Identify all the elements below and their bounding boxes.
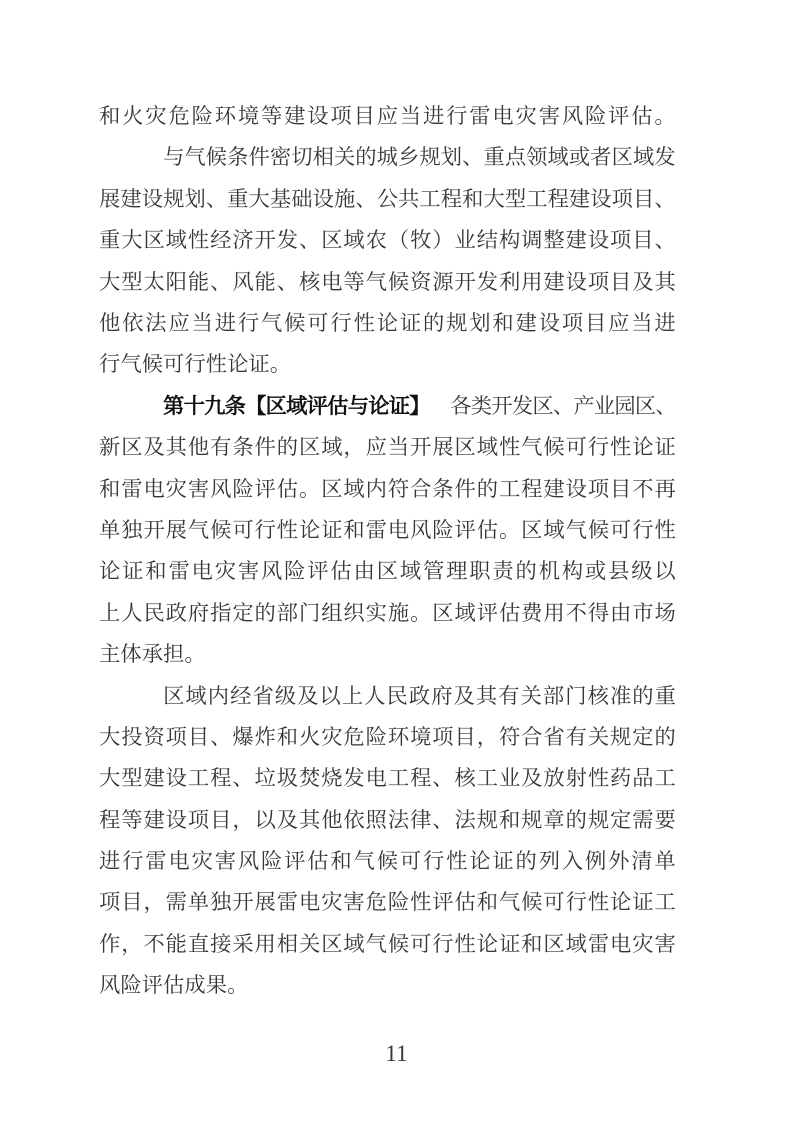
character: 、	[355, 189, 376, 210]
character: 论	[632, 437, 653, 458]
character: 结	[477, 230, 498, 251]
character: 工	[388, 768, 409, 789]
character: 或	[585, 561, 606, 582]
character: 展	[432, 437, 453, 458]
character: 职	[469, 561, 490, 582]
character: 大	[483, 189, 504, 210]
character: 以	[255, 810, 276, 831]
bold-character: 区	[266, 396, 287, 417]
character: 主	[99, 644, 120, 665]
character: 和	[499, 810, 520, 831]
character: 政	[166, 603, 187, 624]
character: 评	[142, 975, 163, 996]
character: 的	[516, 851, 537, 872]
character: 设	[166, 810, 187, 831]
character: 区	[432, 603, 453, 624]
character: 乡	[398, 147, 419, 168]
character: 项	[612, 189, 633, 210]
character: 论	[610, 892, 631, 913]
character: 区	[163, 686, 184, 707]
character: 能	[166, 934, 187, 955]
character: 定	[232, 603, 253, 624]
character: 气	[366, 934, 387, 955]
character: 行	[255, 520, 276, 541]
character: 域	[633, 147, 654, 168]
character: 设	[588, 230, 609, 251]
character: 直	[188, 934, 209, 955]
character: 开	[491, 396, 512, 417]
document-body: 和火灾危险环境等建设项目应当进行雷电灾害风险评估。与气候条件密切相关的城乡规划、…	[99, 96, 676, 1007]
character: 气	[184, 147, 205, 168]
character: 气	[120, 354, 141, 375]
character: 评	[477, 603, 498, 624]
character: 公	[377, 189, 398, 210]
character: 的	[654, 727, 675, 748]
text-line: 上人民政府指定的部门组织实施。区域评估费用不得由市场	[99, 593, 676, 634]
character: 上	[342, 686, 363, 707]
character: 、	[432, 810, 453, 831]
character: 新	[99, 437, 120, 458]
character: 定	[632, 727, 653, 748]
character: 大	[99, 768, 120, 789]
character: 可	[400, 851, 421, 872]
character: 体	[120, 644, 141, 665]
character: 证	[654, 437, 675, 458]
character: 证	[321, 520, 342, 541]
character: 境	[238, 106, 259, 127]
character: 域	[343, 230, 364, 251]
character: 能	[255, 272, 276, 293]
character: 内	[208, 686, 229, 707]
text-line: 项目，需单独开展雷电灾害危险性评估和气候可行性论证工	[99, 882, 676, 923]
character: ，	[232, 810, 253, 831]
character: 和	[330, 851, 351, 872]
text-line: 区域内经省级及以上人民政府及其有关部门核准的重	[99, 675, 676, 716]
character: 、	[206, 189, 227, 210]
character: 证	[400, 313, 421, 334]
character: 目	[610, 479, 631, 500]
character: 济	[232, 230, 253, 251]
character: 行	[184, 354, 205, 375]
character: 得	[588, 603, 609, 624]
character: 场	[654, 603, 675, 624]
character: 灾	[516, 106, 537, 127]
character: 雷	[469, 106, 490, 127]
character: 当	[192, 313, 213, 334]
character: 开	[143, 520, 164, 541]
character: 论	[469, 851, 490, 872]
character: 域	[477, 437, 498, 458]
character: 建	[284, 106, 305, 127]
character: 和	[145, 561, 166, 582]
character: 、	[432, 768, 453, 789]
character: 及	[632, 272, 653, 293]
character: 人	[364, 686, 385, 707]
character: 候	[142, 354, 163, 375]
character: 及	[143, 437, 164, 458]
text-line: 论证和雷电灾害风险评估由区域管理职责的机构或县级以	[99, 551, 676, 592]
character: 应	[608, 313, 629, 334]
character: 以	[654, 561, 675, 582]
character: 设	[590, 189, 611, 210]
character: 发	[512, 396, 533, 417]
text-line: 他依法应当进行气候可行性论证的规划和建设项目应当进	[99, 303, 676, 344]
character: 性	[610, 437, 631, 458]
character: 风	[210, 479, 231, 500]
text-line: 与气候条件密切相关的城乡规划、重点领域或者区域发	[99, 137, 676, 178]
character: 工	[477, 768, 498, 789]
character: 可	[566, 437, 587, 458]
character: 及	[454, 686, 475, 707]
character: 和	[99, 479, 120, 500]
character: 环	[215, 106, 236, 127]
character: 电	[492, 106, 513, 127]
character: 害	[215, 851, 236, 872]
text-line: 第十九条【区域评估与论证】各类开发区、产业园区、	[99, 386, 676, 427]
character: 电	[168, 851, 189, 872]
character: 性	[206, 354, 227, 375]
character: 雷	[277, 892, 298, 913]
character: 、	[462, 147, 483, 168]
character: 区	[455, 437, 476, 458]
character: 火	[122, 106, 143, 127]
character: 园	[614, 396, 635, 417]
character: 、	[655, 396, 676, 417]
character: 性	[654, 520, 675, 541]
character: 行	[446, 106, 467, 127]
character: 灾	[145, 106, 166, 127]
character: 施	[388, 603, 409, 624]
character: 电	[192, 561, 213, 582]
character: 合	[410, 479, 431, 500]
character: 等	[261, 106, 282, 127]
character: 害	[343, 892, 364, 913]
character: 险	[192, 106, 213, 127]
character: 源	[432, 272, 453, 293]
character: 区	[543, 934, 564, 955]
character: 气	[566, 520, 587, 541]
character: 成	[184, 975, 205, 996]
character: 或	[569, 147, 590, 168]
character: 经	[230, 686, 251, 707]
character: 环	[388, 727, 409, 748]
character: 候	[543, 437, 564, 458]
character: 目	[354, 106, 375, 127]
character: 。	[299, 479, 320, 500]
character: 的	[516, 561, 537, 582]
character: 区	[321, 479, 342, 500]
character: 论	[377, 313, 398, 334]
character: 性	[499, 437, 520, 458]
character: 等	[343, 272, 364, 293]
character: 行	[632, 520, 653, 541]
character: 可	[163, 354, 184, 375]
character: 气	[188, 520, 209, 541]
character: 设	[313, 189, 334, 210]
character: 域	[566, 934, 587, 955]
character: 估	[330, 561, 351, 582]
text-line: 风险评估成果。	[99, 965, 676, 1006]
text-line: 行气候可行性论证。	[99, 344, 676, 385]
bold-character: 九	[204, 396, 225, 417]
character: 独	[210, 892, 231, 913]
character: 建	[569, 189, 590, 210]
character: 电	[321, 272, 342, 293]
character: 发	[654, 147, 675, 168]
character: 业	[499, 768, 520, 789]
character: 候	[588, 520, 609, 541]
character: 项	[99, 892, 120, 913]
character: 省	[543, 727, 564, 748]
character: 项	[432, 727, 453, 748]
character: 政	[409, 686, 430, 707]
character: 。	[227, 975, 248, 996]
character: 风	[232, 272, 253, 293]
character: 当	[400, 106, 421, 127]
character: 和	[477, 892, 498, 913]
paragraph: 与气候条件密切相关的城乡规划、重点领域或者区域发展建设规划、重大基础设施、公共工…	[99, 137, 676, 385]
character: 开	[255, 230, 276, 251]
character: 害	[539, 106, 560, 127]
character: 估	[477, 520, 498, 541]
character: 。	[184, 644, 205, 665]
character: 开	[455, 272, 476, 293]
character: 域	[343, 479, 364, 500]
character: 类	[471, 396, 492, 417]
character: 危	[343, 727, 364, 748]
character: 经	[210, 230, 231, 251]
text-line: 展建设规划、重大基础设施、公共工程和大型工程建设项目、	[99, 179, 676, 220]
character: 、	[299, 230, 320, 251]
character: 及	[297, 686, 318, 707]
character: 者	[590, 147, 611, 168]
character: 、	[553, 396, 574, 417]
character: 切	[291, 147, 312, 168]
character: 境	[410, 727, 431, 748]
character: 建	[143, 810, 164, 831]
character: 县	[608, 561, 629, 582]
text-line: 进行雷电灾害风险评估和气候可行性论证的列入例外清单	[99, 841, 676, 882]
character: 域	[166, 230, 187, 251]
character: 及	[521, 768, 542, 789]
character: 大	[99, 272, 120, 293]
character: 的	[423, 313, 444, 334]
character: 工	[654, 768, 675, 789]
character: 依	[122, 313, 143, 334]
character: 规	[446, 313, 467, 334]
character: 相	[277, 934, 298, 955]
character: 其	[166, 437, 187, 458]
character: 要	[654, 810, 675, 831]
character: 项	[610, 230, 631, 251]
character: 论	[477, 934, 498, 955]
character: 评	[307, 561, 328, 582]
character: 展	[255, 892, 276, 913]
character: 不	[143, 934, 164, 955]
text-line: 大型建设工程、垃圾焚烧发电工程、核工业及放射性药品工	[99, 758, 676, 799]
bold-character: 第	[163, 396, 184, 417]
character: 气	[499, 892, 520, 913]
character: 评	[432, 892, 453, 913]
text-line: 大投资项目、爆炸和火灾危险环境项目，符合省有关规定的	[99, 717, 676, 758]
character: 规	[610, 727, 631, 748]
character: 件	[455, 479, 476, 500]
character: 灾	[321, 892, 342, 913]
character: 规	[419, 147, 440, 168]
character: 项	[562, 313, 583, 334]
character: 阳	[166, 272, 187, 293]
character: 构	[499, 230, 520, 251]
character: 建	[566, 230, 587, 251]
character: 行	[238, 313, 259, 334]
character: 大	[249, 189, 270, 210]
character: 建	[120, 189, 141, 210]
character: 有	[210, 437, 231, 458]
character: 域	[185, 686, 206, 707]
character: 上	[99, 603, 120, 624]
character: 候	[377, 851, 398, 872]
character: 性	[277, 520, 298, 541]
character: 项	[588, 272, 609, 293]
character: 资	[410, 272, 431, 293]
character: 用	[543, 603, 564, 624]
character: 评	[284, 851, 305, 872]
character: 焚	[299, 768, 320, 789]
character: 雷	[145, 851, 166, 872]
character: 工	[419, 189, 440, 210]
bold-character: 条	[225, 396, 246, 417]
character: 施	[334, 189, 355, 210]
character: 建	[543, 272, 564, 293]
character: 型	[505, 189, 526, 210]
character: 和	[521, 934, 542, 955]
character: 重	[483, 147, 504, 168]
character: 部	[277, 603, 298, 624]
character: 气	[261, 313, 282, 334]
character: 、	[654, 189, 675, 210]
text-line: 作，不能直接采用相关区域气候可行性论证和区域雷电灾害	[99, 924, 676, 965]
character: 险	[432, 520, 453, 541]
character: 设	[539, 313, 560, 334]
character: 险	[261, 851, 282, 872]
character: 建	[516, 313, 537, 334]
character: 评	[455, 520, 476, 541]
character: 域	[343, 934, 364, 955]
character: 估	[277, 479, 298, 500]
character: 论	[227, 354, 248, 375]
character: 牧	[410, 230, 431, 251]
character: 当	[388, 437, 409, 458]
character: 和	[343, 520, 364, 541]
character: 织	[343, 603, 364, 624]
character: 发	[343, 768, 364, 789]
character: 程	[99, 810, 120, 831]
character: 与	[163, 147, 184, 168]
character: 性	[410, 892, 431, 913]
character: 险	[232, 479, 253, 500]
character: 划	[469, 313, 490, 334]
character: 电	[143, 479, 164, 500]
character: 展	[166, 520, 187, 541]
character: 设	[142, 189, 163, 210]
character: 风	[238, 851, 259, 872]
character: 领	[526, 147, 547, 168]
character: 准	[610, 686, 631, 707]
character: 和	[99, 106, 120, 127]
character: 重	[227, 189, 248, 210]
character: 目	[585, 313, 606, 334]
character: 太	[143, 272, 164, 293]
character: 密	[270, 147, 291, 168]
character: 域	[400, 561, 421, 582]
character: 应	[168, 313, 189, 334]
character: 责	[492, 561, 513, 582]
character: 行	[588, 437, 609, 458]
character: 当	[631, 313, 652, 334]
character: 险	[585, 106, 606, 127]
character: 其	[299, 810, 320, 831]
character: 雷	[168, 561, 189, 582]
character: 条	[232, 437, 253, 458]
character: 电	[388, 520, 409, 541]
character: 估	[455, 892, 476, 913]
character: 其	[654, 272, 675, 293]
character: ，	[343, 437, 364, 458]
character: 区	[321, 934, 342, 955]
character: 、	[654, 230, 675, 251]
character: 例	[585, 851, 606, 872]
character: 不	[632, 479, 653, 500]
character: 性	[588, 892, 609, 913]
character: 关	[299, 934, 320, 955]
character: 气	[521, 437, 542, 458]
character: 他	[188, 437, 209, 458]
character: 用	[255, 934, 276, 955]
character: 法	[455, 810, 476, 831]
character: 程	[210, 768, 231, 789]
character: 程	[410, 768, 431, 789]
character: 核	[455, 768, 476, 789]
character: 射	[566, 768, 587, 789]
character: 证	[499, 934, 520, 955]
character: 机	[539, 561, 560, 582]
character: 可	[307, 313, 328, 334]
character: 由	[354, 561, 375, 582]
character: 害	[654, 934, 675, 955]
character: 开	[232, 892, 253, 913]
character: 级	[275, 686, 296, 707]
character: 进	[99, 851, 120, 872]
character: 他	[99, 313, 120, 334]
character: 实	[366, 603, 387, 624]
text-line: 程等建设项目，以及其他依照法律、法规和规章的规定需要	[99, 800, 676, 841]
character: 合	[521, 727, 542, 748]
character: 产	[573, 396, 594, 417]
character: 律	[410, 810, 431, 831]
character: 估	[307, 851, 328, 872]
character: 划	[184, 189, 205, 210]
character: 接	[210, 934, 231, 955]
character: 规	[588, 810, 609, 831]
character: 省	[252, 686, 273, 707]
bold-character: 十	[184, 396, 205, 417]
character: 型	[121, 272, 142, 293]
page-number: 11	[0, 1040, 793, 1068]
character: 采	[232, 934, 253, 955]
character: 性	[446, 851, 467, 872]
character: 定	[610, 810, 631, 831]
character: 性	[354, 313, 375, 334]
